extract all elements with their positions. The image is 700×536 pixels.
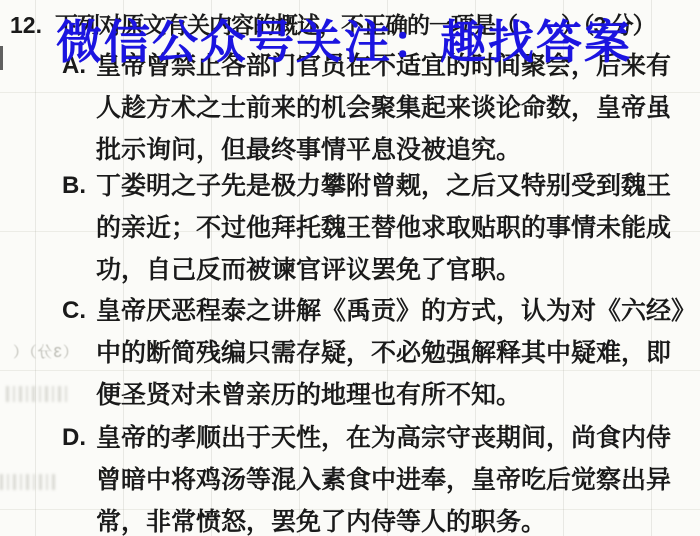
bleed-through-smudge xyxy=(0,474,58,490)
option-b-text: 丁娄明之子先是极力攀附曾觌，之后又特别受到魏王 的亲近；不过他拜托魏王替他求取贴… xyxy=(96,165,671,291)
option-c-letter: C. xyxy=(62,290,96,416)
wechat-watermark-overlay: 微信公众号关注：趣找答案 xyxy=(56,6,632,72)
option-c: C. 皇帝厌恶程泰之讲解《禹贡》的方式，认为对《六经》 中的断简残编只需存疑，不… xyxy=(62,290,696,416)
exam-page: （3分）（ 12.下列对原文有关内容的概述，不正确的一项是（ ）（3 分） A.… xyxy=(0,0,700,536)
option-b: B. 丁娄明之子先是极力攀附曾觌，之后又特别受到魏王 的亲近；不过他拜托魏王替他… xyxy=(62,165,671,291)
option-b-line-1: 丁娄明之子先是极力攀附曾觌，之后又特别受到魏王 xyxy=(96,165,671,207)
option-d-letter: D. xyxy=(62,417,96,536)
option-c-line-3: 便圣贤对未曾亲历的地理也有所不知。 xyxy=(96,374,696,416)
option-d-line-2: 曾暗中将鸡汤等混入素食中进奉，皇帝吃后觉察出异 xyxy=(96,459,671,501)
option-d: D. 皇帝的孝顺出于天性，在为高宗守丧期间，尚食内侍 曾暗中将鸡汤等混入素食中进… xyxy=(62,417,671,536)
option-c-line-1: 皇帝厌恶程泰之讲解《禹贡》的方式，认为对《六经》 xyxy=(96,290,696,332)
option-d-line-1: 皇帝的孝顺出于天性，在为高宗守丧期间，尚食内侍 xyxy=(96,417,671,459)
question-number: 12. xyxy=(10,12,55,39)
option-c-line-2: 中的断简残编只需存疑，不必勉强解释其中疑难，即 xyxy=(96,332,696,374)
bleed-through-smudge xyxy=(6,386,70,402)
option-d-text: 皇帝的孝顺出于天性，在为高宗守丧期间，尚食内侍 曾暗中将鸡汤等混入素食中进奉，皇… xyxy=(96,417,671,536)
option-a-line-2: 人趁方术之士前来的机会聚集起来谈论命数，皇帝虽 xyxy=(96,87,671,129)
option-b-line-3: 功，自己反而被谏官评议罢免了官职。 xyxy=(96,249,671,291)
scan-edge-mark xyxy=(0,46,3,70)
option-b-line-2: 的亲近；不过他拜托魏王替他求取贴职的事情未能成 xyxy=(96,207,671,249)
option-c-text: 皇帝厌恶程泰之讲解《禹贡》的方式，认为对《六经》 中的断简残编只需存疑，不必勉强… xyxy=(96,290,696,416)
option-d-line-3: 常，非常愤怒，罢免了内侍等人的职务。 xyxy=(96,501,671,536)
option-b-letter: B. xyxy=(62,165,96,291)
